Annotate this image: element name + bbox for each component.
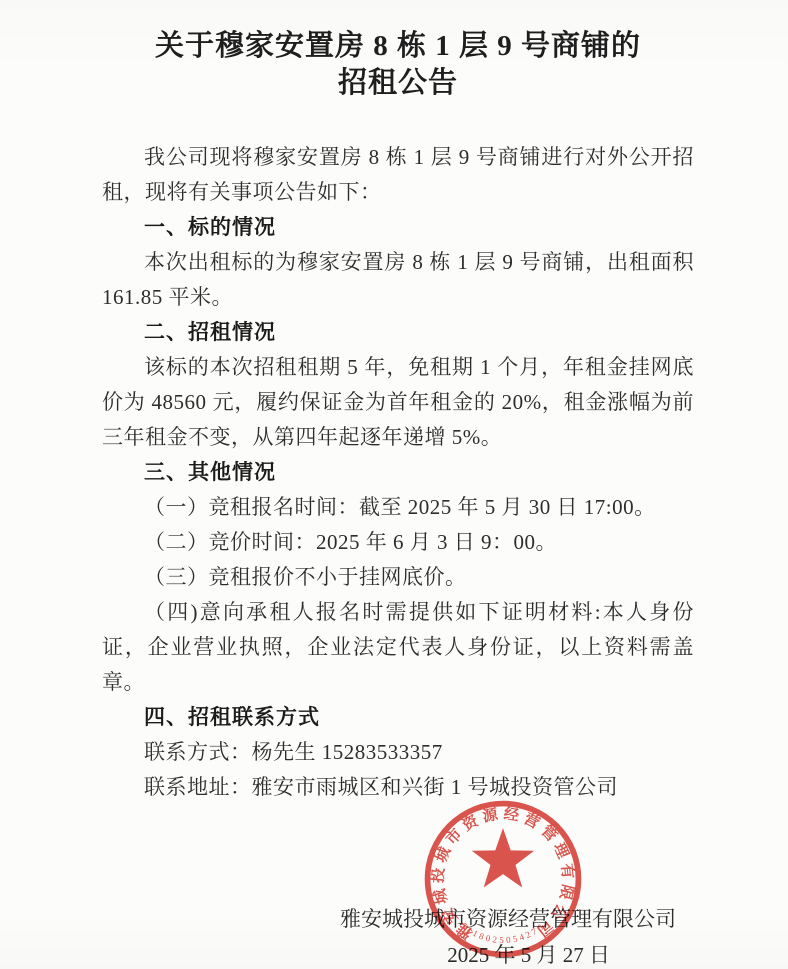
section-1-heading: 一、标的情况	[102, 210, 694, 245]
scanned-document-page: 关于穆家安置房 8 栋 1 层 9 号商铺的 招租公告 我公司现将穆家安置房 8…	[0, 0, 788, 969]
section-3-item-1: （一）竞租报名时间：截至 2025 年 5 月 30 日 17:00。	[102, 490, 694, 525]
contact-address-line: 联系地址：雅安市雨城区和兴街 1 号城投资管公司	[102, 770, 694, 805]
section-3-item-2: （二）竞价时间：2025 年 6 月 3 日 9：00。	[102, 525, 694, 560]
section-2-paragraph: 该标的本次招租租期 5 年，免租期 1 个月，年租金挂网底价为 48560 元，…	[102, 350, 694, 455]
contact-phone-line: 联系方式：杨先生 15283533357	[102, 735, 694, 770]
document-body: 我公司现将穆家安置房 8 栋 1 层 9 号商铺进行对外公开招租，现将有关事项公…	[102, 140, 694, 805]
signature-company: 雅安城投城市资源经营管理有限公司	[102, 901, 676, 937]
title-line-1: 关于穆家安置房 8 栋 1 层 9 号商铺的	[102, 28, 694, 65]
section-3-item-4: （四)意向承租人报名时需提供如下证明材料:本人身份证，企业营业执照，企业法定代表…	[102, 595, 694, 700]
section-3-item-3: （三）竞租报价不小于挂网底价。	[102, 560, 694, 595]
signature-date: 2025 年 5 月 27 日	[102, 937, 676, 969]
document-title: 关于穆家安置房 8 栋 1 层 9 号商铺的 招租公告	[102, 28, 694, 102]
signature-block: 雅安城投城市资源经营管理有限公司 2025 年 5 月 27 日	[102, 901, 694, 969]
announcement-document: 关于穆家安置房 8 栋 1 层 9 号商铺的 招租公告 我公司现将穆家安置房 8…	[102, 0, 694, 969]
title-line-2: 招租公告	[102, 65, 694, 102]
section-2-heading: 二、招租情况	[102, 315, 694, 350]
section-3-heading: 三、其他情况	[102, 455, 694, 490]
section-4-heading: 四、招租联系方式	[102, 700, 694, 735]
intro-paragraph: 我公司现将穆家安置房 8 栋 1 层 9 号商铺进行对外公开招租，现将有关事项公…	[102, 140, 694, 210]
section-1-paragraph: 本次出租标的为穆家安置房 8 栋 1 层 9 号商铺，出租面积 161.85 平…	[102, 245, 694, 315]
